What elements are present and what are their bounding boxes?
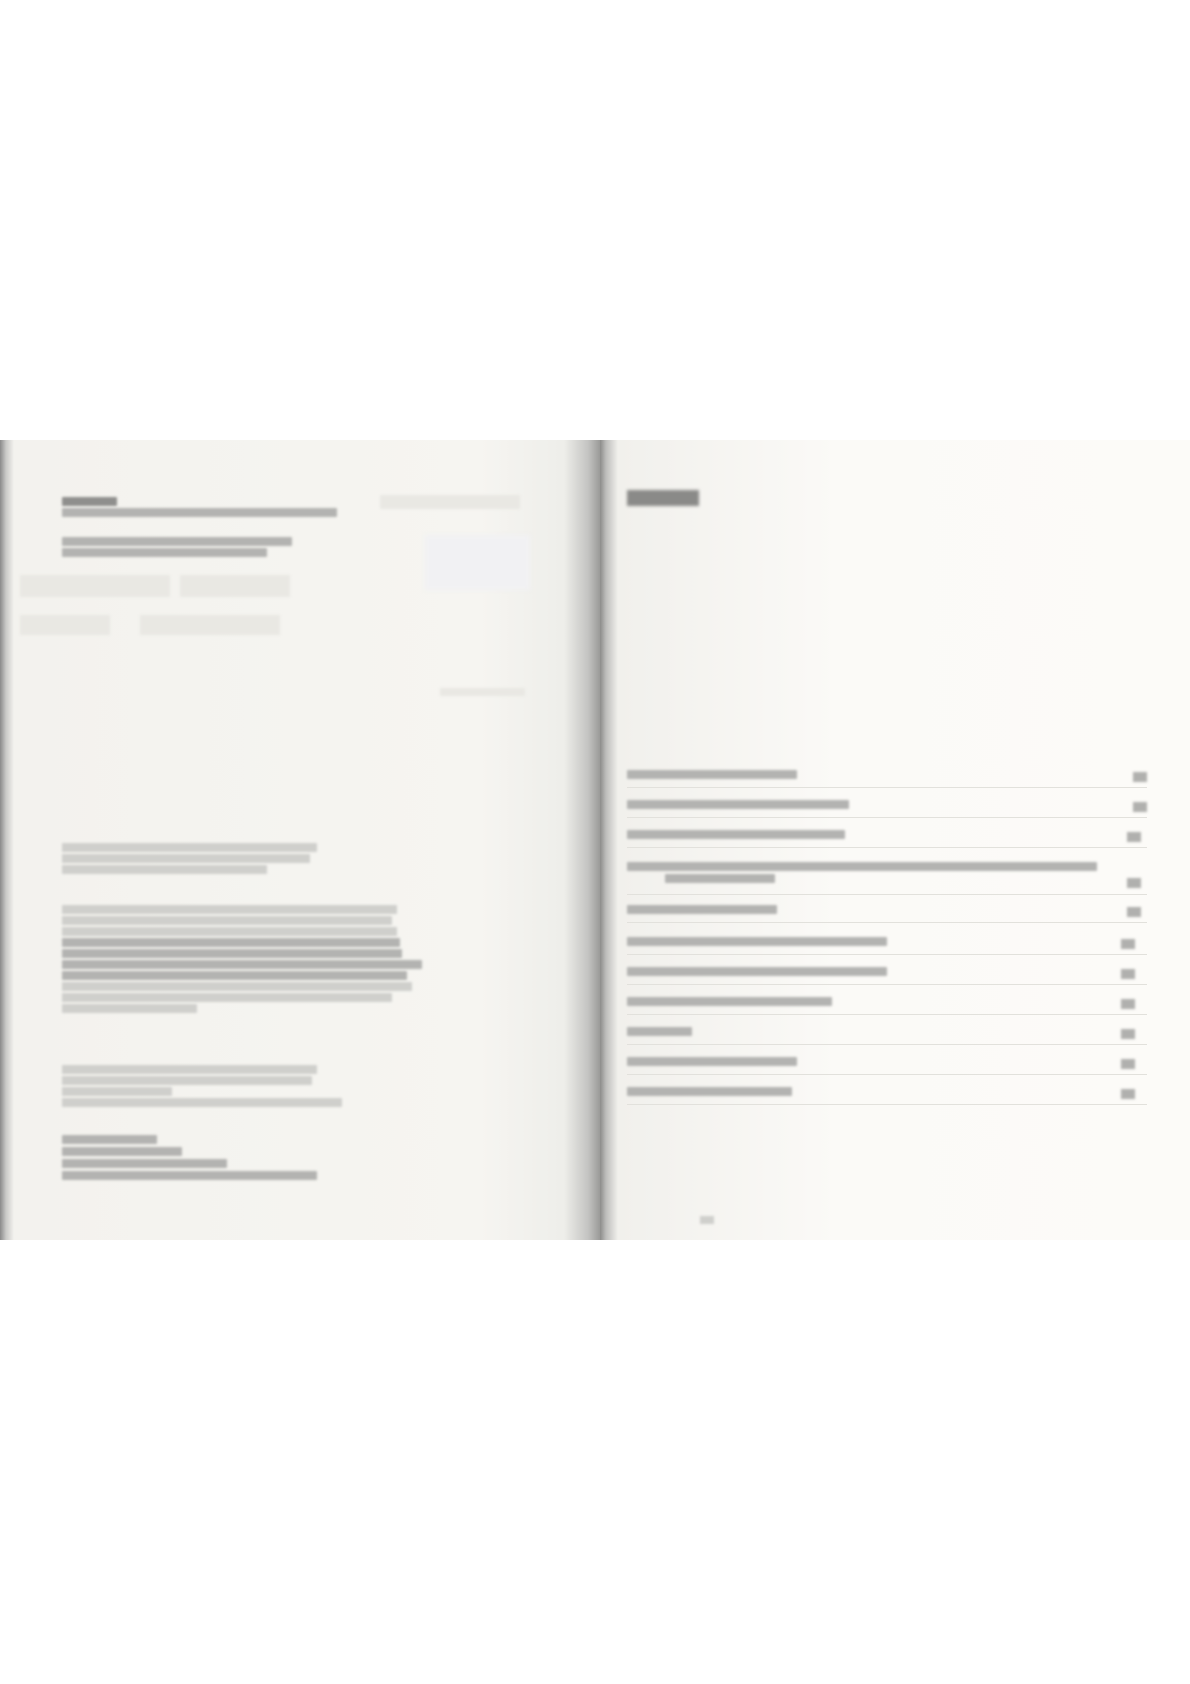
toc-divider (627, 817, 1147, 818)
toc-entry-title (627, 800, 849, 809)
toc-entry (627, 1057, 1147, 1077)
toc-divider (627, 1044, 1147, 1045)
toc-entry-page (1121, 1089, 1135, 1099)
toc-entry (627, 862, 1147, 898)
toc-entry-page (1121, 1029, 1135, 1039)
toc-entry-page (1127, 907, 1141, 917)
toc-entry-page (1121, 969, 1135, 979)
toc-entry-title (627, 1087, 792, 1096)
toc-entry (627, 967, 1147, 987)
toc-entry (627, 800, 1147, 820)
toc-entry-title (627, 1027, 692, 1036)
toc-entry (627, 997, 1147, 1017)
toc-divider (627, 922, 1147, 923)
page-number (700, 1216, 714, 1224)
toc-entry-page (1121, 999, 1135, 1009)
toc-entry-page (1127, 878, 1141, 888)
toc-entry-title (627, 997, 832, 1006)
toc-entry-page (1121, 939, 1135, 949)
toc-entry-title (627, 1057, 797, 1066)
toc-divider (627, 847, 1147, 848)
toc-entry-title-continued (665, 874, 775, 883)
toc-entry-page (1133, 802, 1147, 812)
toc-entry (627, 937, 1147, 957)
toc-divider (627, 954, 1147, 955)
toc-divider (627, 1014, 1147, 1015)
toc-entry-title (627, 862, 1097, 871)
toc-entry-title (627, 937, 887, 946)
toc-heading (627, 490, 699, 506)
toc-entry-title (627, 905, 777, 914)
toc-entry (627, 770, 1147, 790)
toc-divider (627, 1104, 1147, 1105)
toc-divider (627, 894, 1147, 895)
toc-entry-title (627, 830, 845, 839)
toc-entry-page (1133, 772, 1147, 782)
toc-entry-title (627, 770, 797, 779)
toc-entry-page (1121, 1059, 1135, 1069)
toc-entry (627, 1027, 1147, 1047)
toc-divider (627, 787, 1147, 788)
toc-divider (627, 984, 1147, 985)
toc-divider (627, 1074, 1147, 1075)
toc-entry (627, 905, 1147, 925)
toc-entry-title (627, 967, 887, 976)
toc-entry (627, 1087, 1147, 1107)
toc-entry (627, 830, 1147, 850)
toc-entry-page (1127, 832, 1141, 842)
